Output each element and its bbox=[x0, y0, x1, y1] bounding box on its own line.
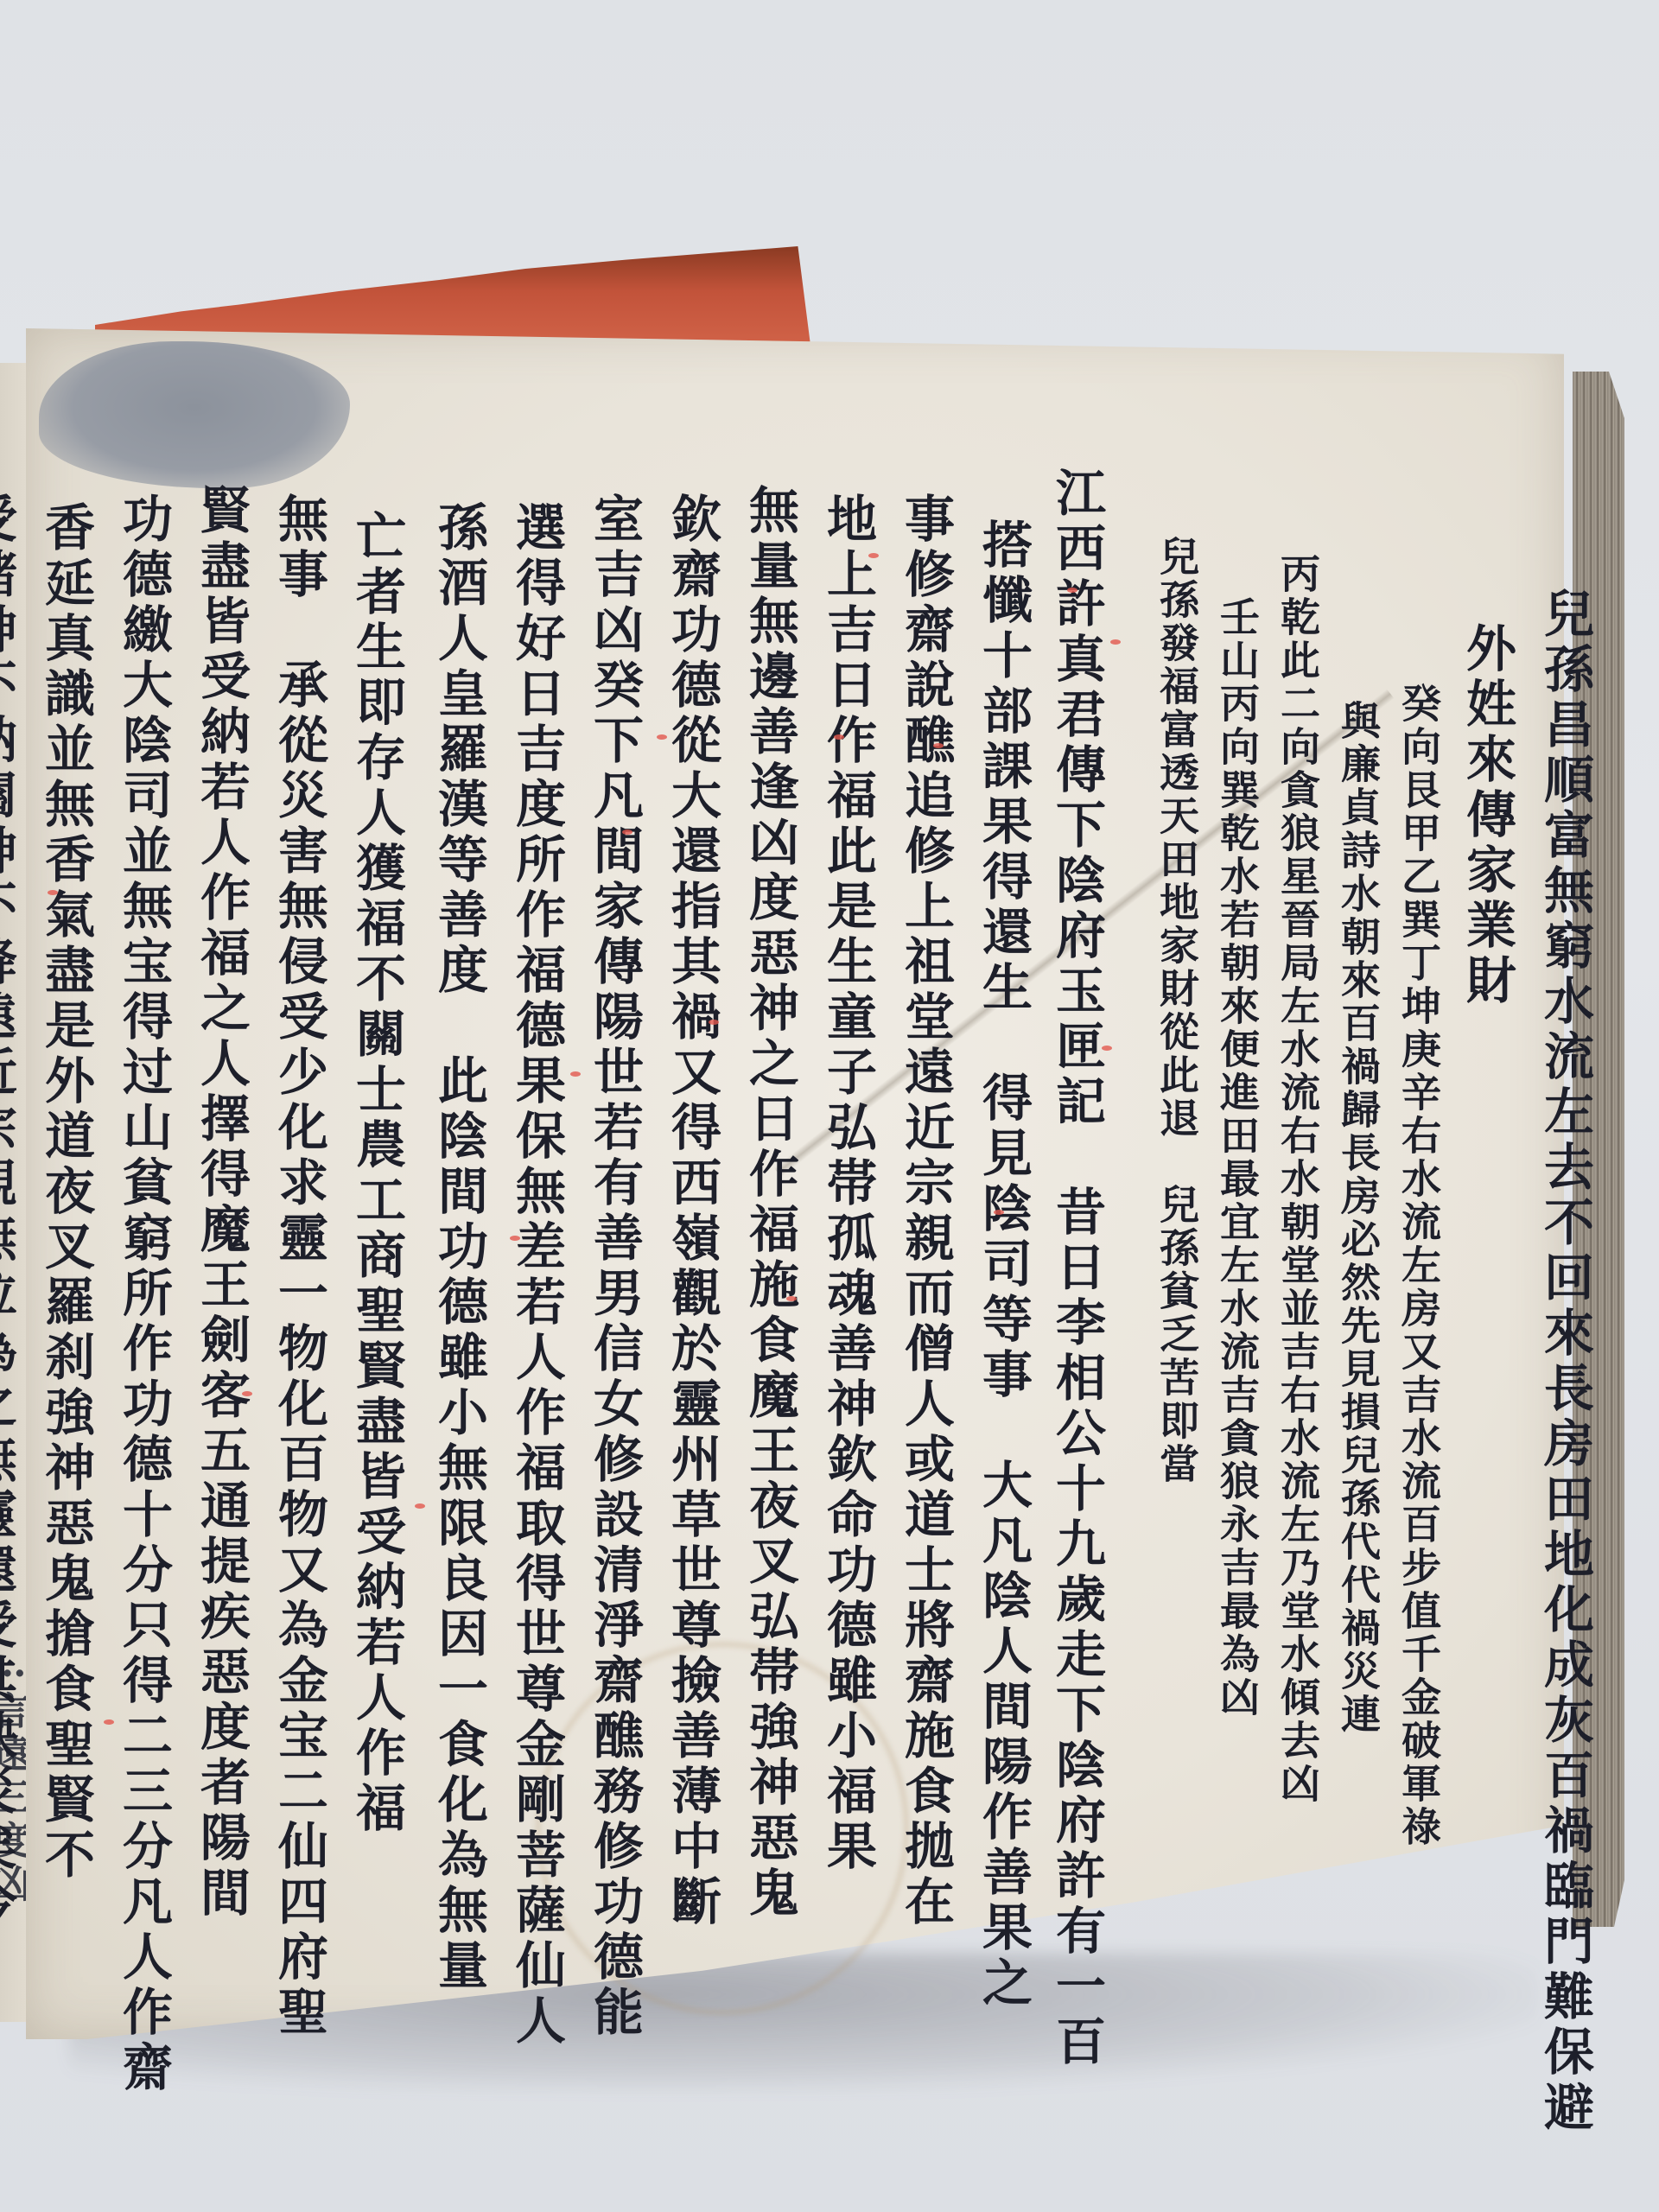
text-column-4: 與廉貞詩水朝來百禍歸長房必然先見損兒孫代代禍災連 bbox=[1338, 700, 1378, 1737]
red-punctuation-mark bbox=[933, 743, 944, 748]
red-punctuation-mark bbox=[1110, 639, 1121, 645]
text-column-7: 兒孫發福富透天田地家財從此退 兒孫貧乏苦即當 bbox=[1157, 536, 1197, 1486]
red-punctuation-mark bbox=[1067, 588, 1077, 593]
text-column-6: 壬山丙向巽乾水若朝來便進田最宜左水流吉貪狼永吉最為凶 bbox=[1217, 596, 1257, 1719]
manuscript-text-body: 兒孫昌順富無窮水流左去不回來長房田地化成灰百禍臨門難保避 外姓來傳家業財 癸向艮… bbox=[43, 467, 1599, 2005]
red-punctuation-mark bbox=[48, 890, 58, 895]
text-column-19: 賢盡皆受納若人作福之人擇得魔王劍客五通提疾惡度者陽間 bbox=[196, 484, 246, 1922]
text-column-20: 功德繳大陰司並無宝得过山貧窮所作功德十分只得二三分凡人作齋 bbox=[118, 493, 168, 2096]
text-column-11: 地上吉日作福此是生童子弘帯孤魂善神欽命功德雖小福果 bbox=[823, 493, 873, 1875]
red-punctuation-mark bbox=[834, 734, 844, 740]
red-punctuation-mark bbox=[868, 553, 879, 558]
text-column-9: 搭懺十部課果得還生 得見陰司等事 大凡陰人間陽作善果之 bbox=[978, 518, 1028, 2012]
text-column-3: 癸向艮甲乙巽丁坤庚辛右水流左房又吉水流百步值千金破軍祿 bbox=[1399, 683, 1439, 1849]
red-punctuation-mark bbox=[570, 1071, 581, 1077]
red-punctuation-mark bbox=[104, 1719, 114, 1725]
text-column-2: 外姓來傳家業財 bbox=[1462, 622, 1512, 1009]
text-column-10: 事修齋說醮追修上祖堂遠近宗親而僧人或道士將齋施食拋在 bbox=[900, 493, 950, 1930]
text-column-15: 選得好日吉度所作福德果保無差若人作福取得世尊金剛菩薩仙人 bbox=[512, 501, 562, 2050]
text-column-21: 香延真識並無香氣盡是外道夜叉羅刹強神惡鬼搶食聖賢不 bbox=[41, 501, 91, 1884]
text-column-12: 無量無邊善逢凶度惡神之日作福施食魔王夜叉弘帯強神惡鬼 bbox=[745, 484, 795, 1922]
text-column-16: 孫酒人皇羅漢等善度 此陰間功德雖小無限良因一食化為無量 bbox=[434, 501, 484, 1994]
text-column-13: 欽齋功德從大還指其禍又得西嶺觀於靈州草世尊撿善薄中斷 bbox=[667, 493, 717, 1930]
text-column-14: 室吉凶癸下凡間家傳陽世若有善男信女修設清淨齋醮務修功德能 bbox=[589, 493, 639, 2041]
text-column-8: 江西許真君傳下陰府玉匣記 昔日李相公十九歲走下陰府許有一百 bbox=[1052, 467, 1102, 2070]
red-punctuation-mark bbox=[242, 1391, 252, 1396]
red-punctuation-mark bbox=[622, 829, 632, 835]
red-punctuation-mark bbox=[709, 1020, 719, 1025]
text-column-22: 受諸神不納關神不降遠近宗親無位為之無靈還受其殃災矣今 bbox=[0, 493, 13, 1930]
text-column-17: 亡者生即存人獲福不關士農工商聖賢盡皆受納若人作福 bbox=[352, 510, 402, 1837]
text-column-18: 無事 承從災害無侵受少化求靈一物化百物又為金宝二仙四府聖 bbox=[274, 493, 324, 2041]
red-punctuation-mark bbox=[994, 1210, 1004, 1215]
red-punctuation-mark bbox=[1102, 1046, 1112, 1051]
text-column-5: 丙乾此二向貪狼星晉局左水流右水朝堂並吉右水流左乃堂水傾去凶 bbox=[1278, 553, 1318, 1806]
red-punctuation-mark bbox=[415, 1503, 425, 1509]
red-punctuation-mark bbox=[657, 734, 667, 740]
text-column-1: 兒孫昌順富無窮水流左去不回來長房田地化成灰百禍臨門難保避 bbox=[1540, 588, 1590, 2136]
red-punctuation-mark bbox=[786, 1296, 797, 1301]
red-punctuation-mark bbox=[510, 1236, 520, 1241]
